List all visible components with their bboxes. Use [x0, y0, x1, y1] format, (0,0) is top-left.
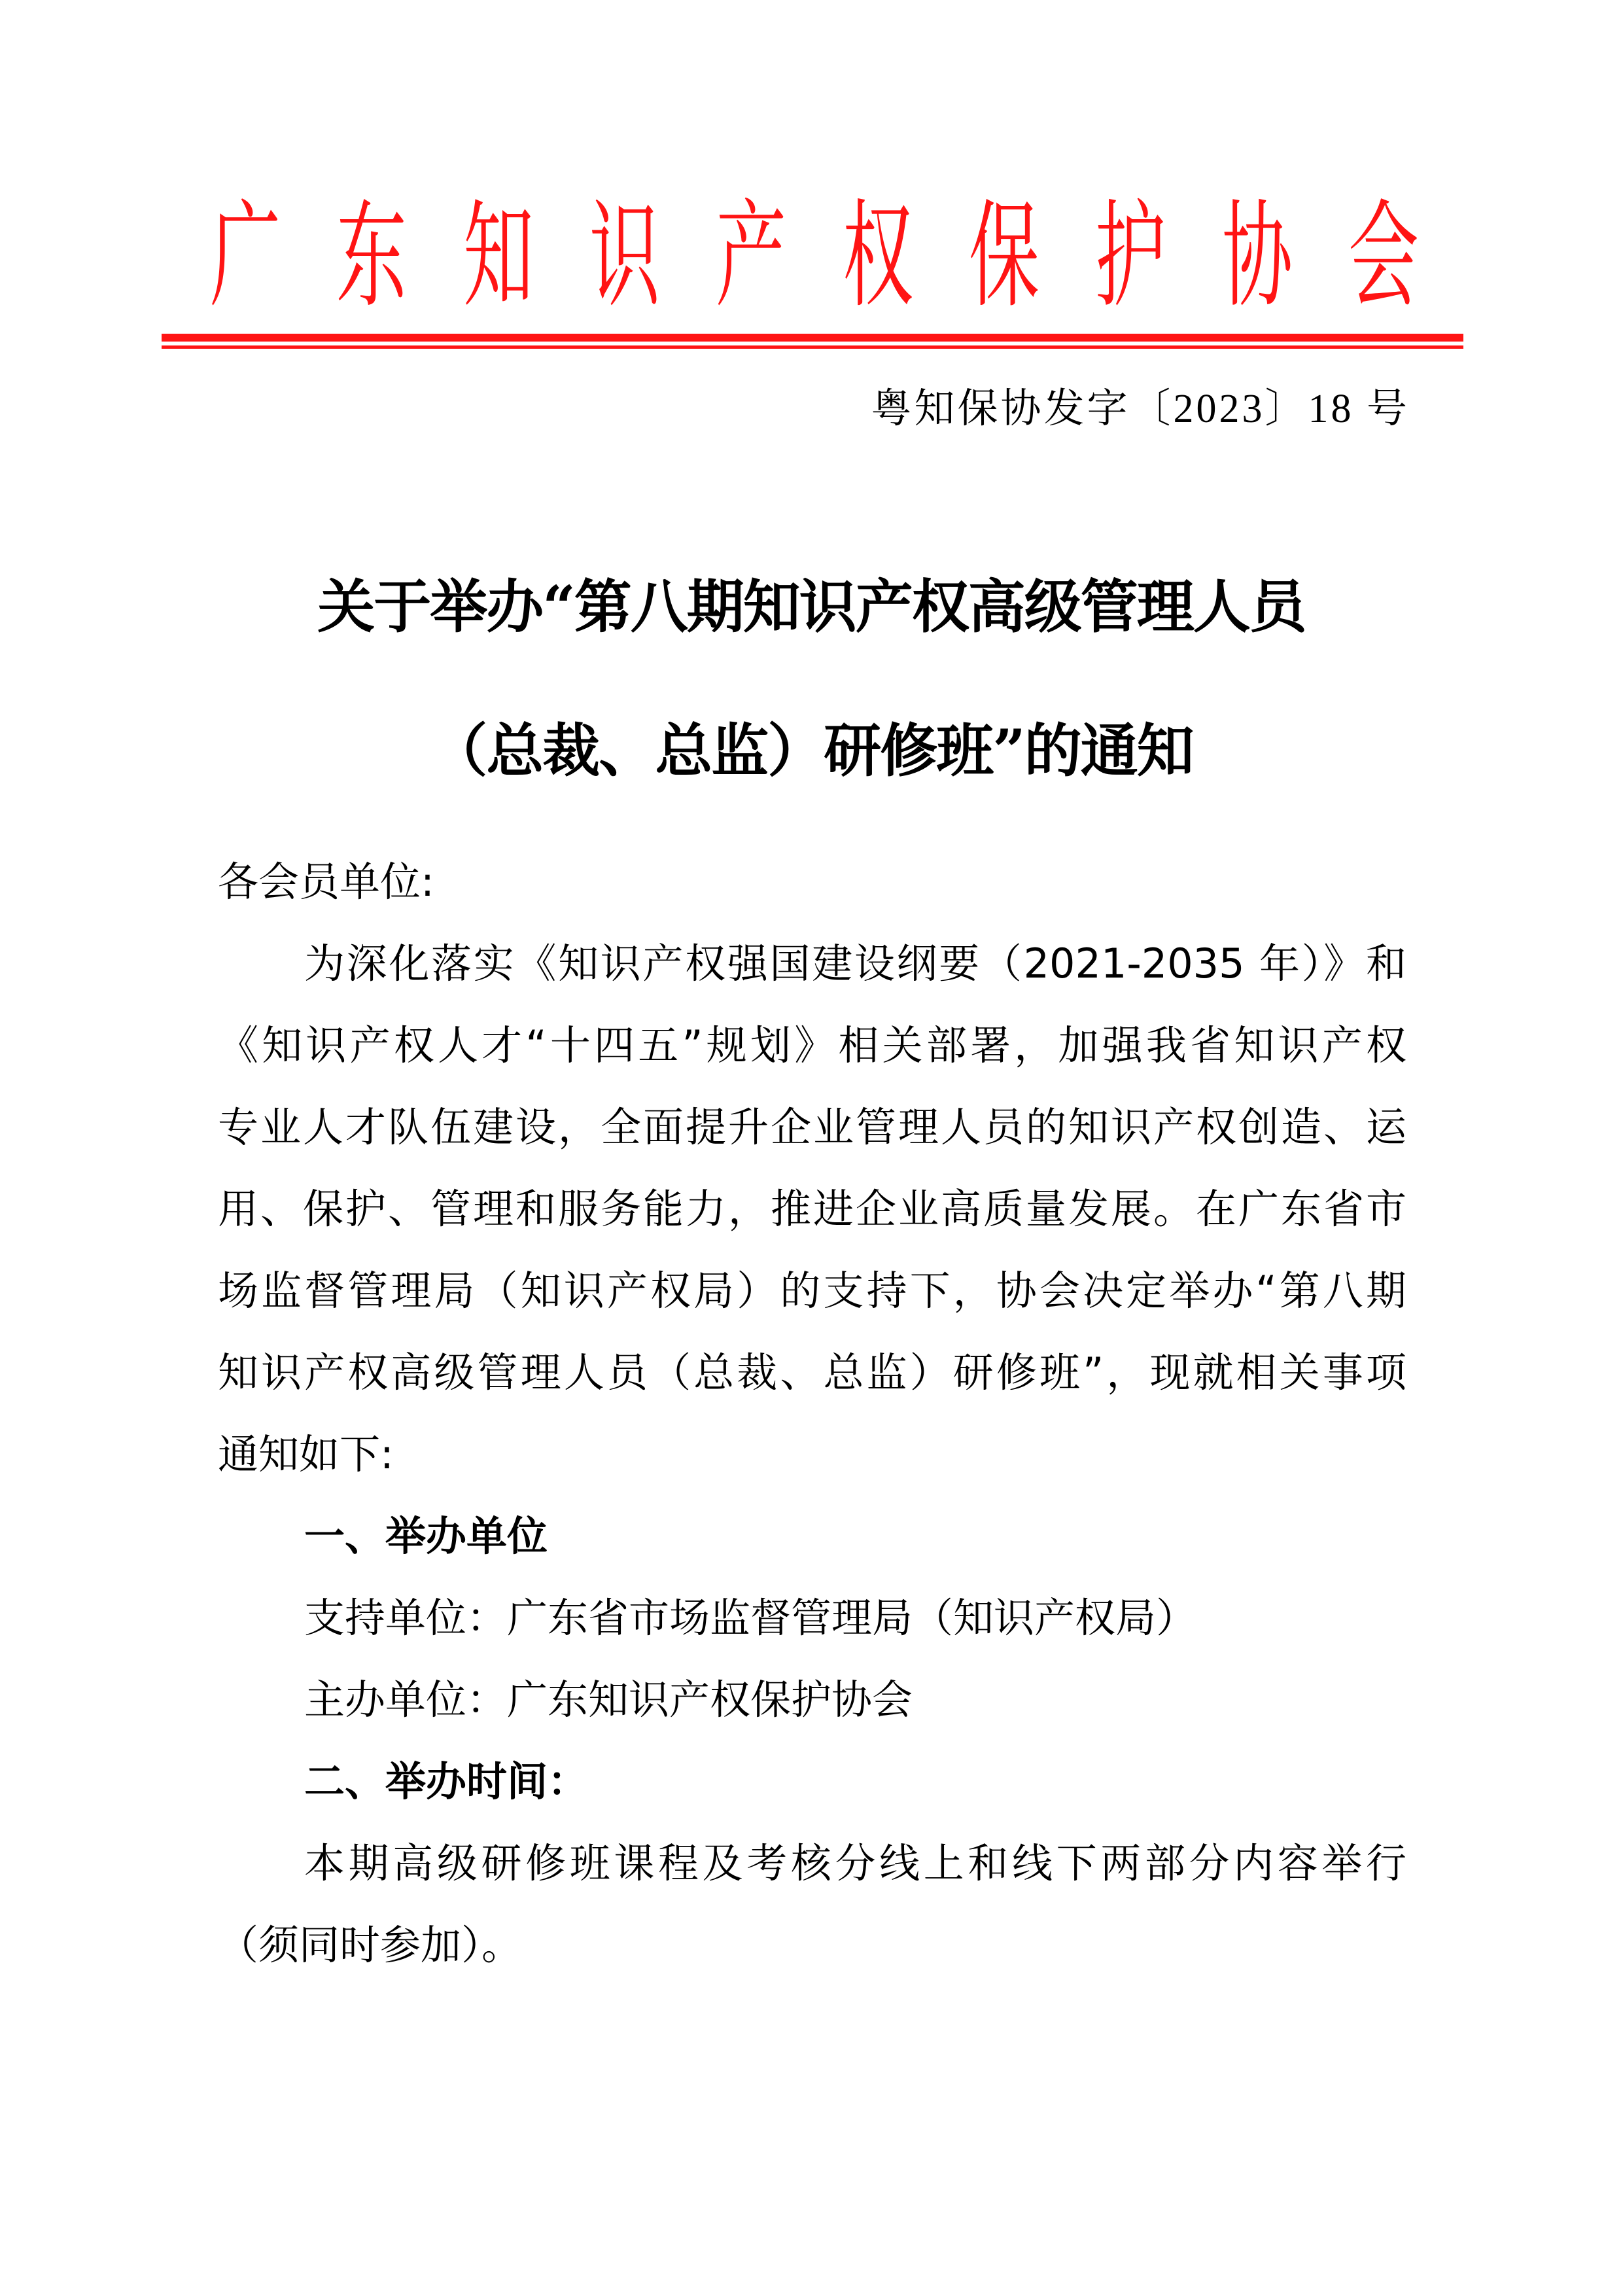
masthead-org-name: 广 东 知 识 产 权 保 护 协 会	[196, 191, 1433, 322]
masthead-rule-thick	[162, 334, 1463, 342]
paragraph-line: 场监督管理局（知识产权局）的支持下，协会决定举办“第八期	[218, 1265, 1406, 1317]
masthead-char: 知	[463, 179, 534, 334]
document-page: 广 东 知 识 产 权 保 护 协 会 粤知保协发字〔2023〕18 号 关于举…	[0, 0, 1623, 2296]
masthead-char: 东	[336, 179, 407, 334]
masthead-char: 协	[1222, 179, 1293, 334]
masthead-char: 保	[969, 179, 1039, 334]
masthead-char: 会	[1348, 179, 1419, 334]
paragraph-line: 通知如下:	[218, 1428, 1406, 1481]
section-heading-time: 二、举办时间：	[304, 1756, 1406, 1808]
masthead-char: 广	[210, 179, 281, 334]
supporting-unit: 支持单位：广东省市场监督管理局（知识产权局）	[304, 1592, 1406, 1644]
paragraph-line: 知识产权高级管理人员（总裁、总监）研修班”，现就相关事项	[218, 1347, 1406, 1399]
masthead-rule-thin	[162, 345, 1463, 349]
masthead-char: 权	[843, 179, 913, 334]
document-number: 粤知保协发字〔2023〕18 号	[871, 383, 1410, 435]
section-heading-organizers: 一、举办单位	[304, 1510, 1406, 1563]
paragraph-line: 用、保护、管理和服务能力，推进企业高质量发展。在广东省市	[218, 1183, 1406, 1235]
salutation: 各会员单位:	[218, 856, 1406, 908]
document-title-line-1: 关于举办“第八期知识产权高级管理人员	[0, 564, 1623, 649]
masthead-char: 识	[589, 179, 660, 334]
masthead-char: 产	[716, 179, 786, 334]
masthead-char: 护	[1095, 179, 1166, 334]
paragraph-line: 本期高级研修班课程及考核分线上和线下两部分内容举行	[304, 1837, 1406, 1890]
paragraph-line: 专业人才队伍建设，全面提升企业管理人员的知识产权创造、运	[218, 1101, 1406, 1154]
document-title-line-2: （总裁、总监）研修班”的通知	[0, 708, 1623, 793]
paragraph-line: （须同时参加）。	[218, 1919, 1406, 1971]
host-unit: 主办单位：广东知识产权保护协会	[304, 1674, 1406, 1726]
paragraph-line: 《知识产权人才“十四五”规划》相关部署，加强我省知识产权	[218, 1019, 1406, 1072]
paragraph-line: 为深化落实《知识产权强国建设纲要（2021-2035 年）》和	[304, 938, 1406, 990]
